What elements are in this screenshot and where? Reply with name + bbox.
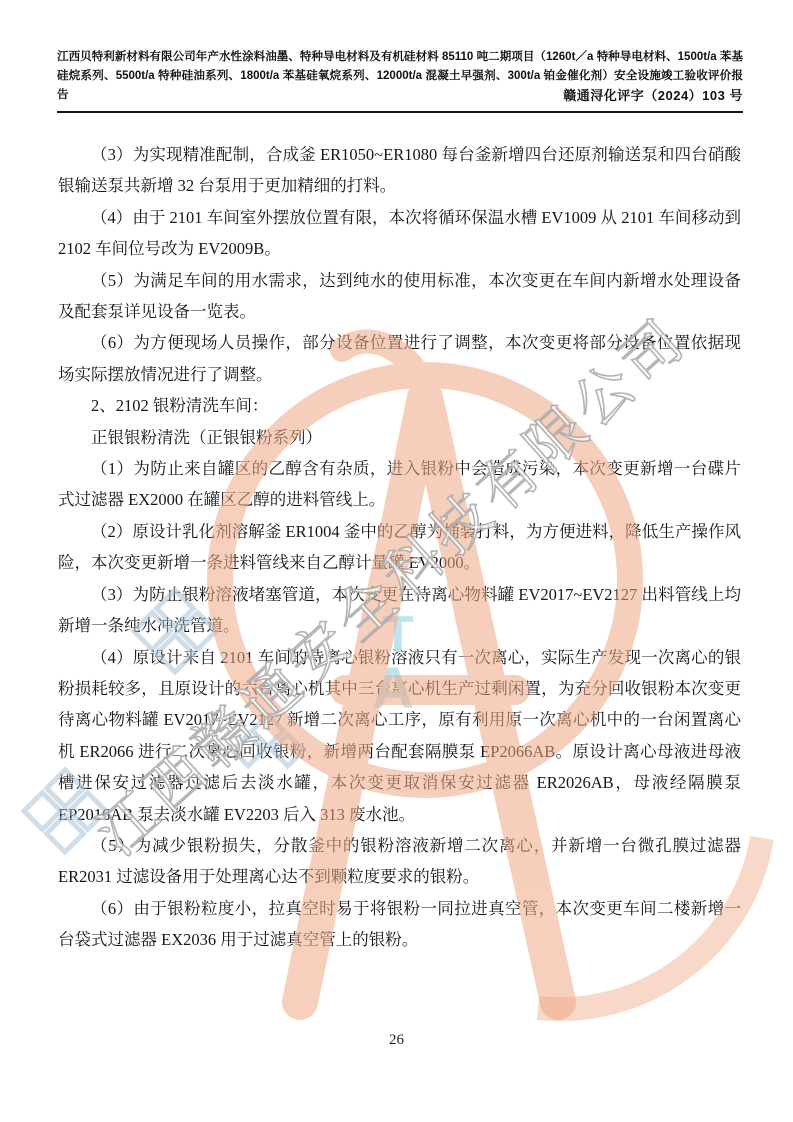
page-header: 江西贝特利新材料有限公司年产水性涂料油墨、特种导电材料及有机硅材料 85110 … bbox=[57, 48, 743, 113]
document-page: 江西贝特利新材料有限公司年产水性涂料油墨、特种导电材料及有机硅材料 85110 … bbox=[0, 0, 793, 1122]
page-number: 26 bbox=[389, 1032, 404, 1048]
body-paragraph: （3）为实现精准配制，合成釜 ER1050~ER1080 每台釜新增四台还原剂输… bbox=[58, 139, 741, 202]
body-paragraph: （5）为满足车间的用水需求，达到纯水的使用标准，本次变更在车间内新增水处理设备及… bbox=[58, 265, 741, 328]
sub-heading: 正银银粉清洗（正银银粉系列） bbox=[58, 422, 741, 453]
body-paragraph: （5）为减少银粉损失，分散釜中的银粉溶液新增二次离心，并新增一台微孔膜过滤器 E… bbox=[58, 830, 741, 893]
body-paragraph: （6）由于银粉粒度小，拉真空时易于将银粉一同拉进真空管，本次变更车间二楼新增一台… bbox=[58, 893, 741, 956]
body-paragraph: （1）为防止来自罐区的乙醇含有杂质，进入银粉中会造成污染，本次变更新增一台碟片式… bbox=[58, 453, 741, 516]
section-heading: 2、2102 银粉清洗车间： bbox=[58, 390, 741, 421]
body-paragraph: （2）原设计乳化剂溶解釜 ER1004 釜中的乙醇为桶装打料，为方便进料，降低生… bbox=[58, 516, 741, 579]
doc-number: 赣通浔化评字（2024）103 号 bbox=[563, 86, 743, 105]
page-footer: 26 bbox=[0, 1032, 793, 1049]
body-paragraph: （3）为防止银粉溶液堵塞管道，本次变更在待离心物料罐 EV2017~EV2127… bbox=[58, 579, 741, 642]
body-paragraph: （4）原设计来自 2101 车间的待离心银粉溶液只有一次离心，实际生产发现一次离… bbox=[58, 642, 741, 830]
body-paragraph: （6）为方便现场人员操作，部分设备位置进行了调整，本次变更将部分设备位置依据现场… bbox=[58, 327, 741, 390]
document-body: （3）为实现精准配制，合成釜 ER1050~ER1080 每台釜新增四台还原剂输… bbox=[58, 139, 741, 956]
body-paragraph: （4）由于 2101 车间室外摆放位置有限，本次将循环保温水槽 EV1009 从… bbox=[58, 202, 741, 265]
